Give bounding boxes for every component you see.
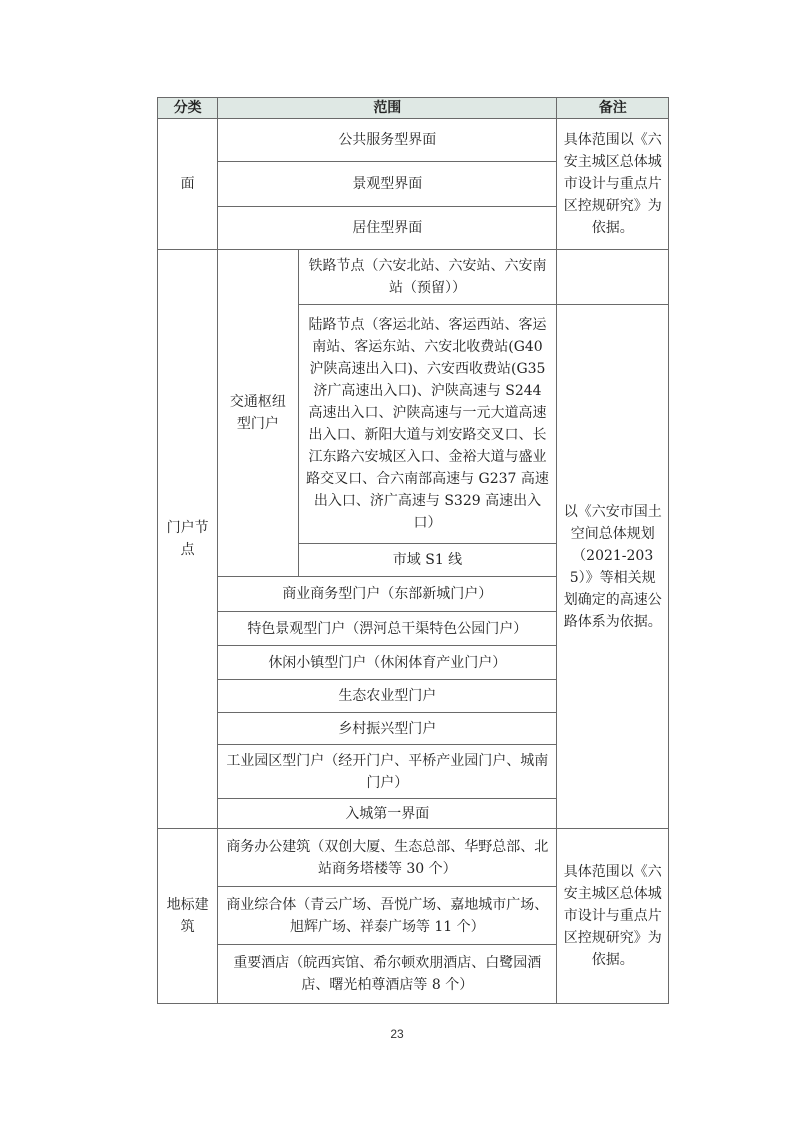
remark-cell: 具体范围以《六安主城区总体城市设计与重点片区控规研究》为依据。 bbox=[557, 119, 669, 250]
table-row: 地标建筑 商务办公建筑（双创大厦、生态总部、华野总部、北站商务塔楼等 30 个）… bbox=[158, 829, 669, 887]
scope-cell: 休闲小镇型门户（休闲体育产业门户） bbox=[218, 646, 557, 680]
scope-cell: 市域 S1 线 bbox=[298, 544, 557, 577]
scope-cell: 商务办公建筑（双创大厦、生态总部、华野总部、北站商务塔楼等 30 个） bbox=[218, 829, 557, 887]
scope-cell: 铁路节点（六安北站、六安站、六安南站（预留）） bbox=[298, 250, 557, 305]
scope-cell: 商业综合体（青云广场、吾悦广场、嘉地城市广场、旭辉广场、祥泰广场等 11 个） bbox=[218, 887, 557, 945]
category-cell: 地标建筑 bbox=[158, 829, 218, 1004]
scope-cell: 入城第一界面 bbox=[218, 799, 557, 829]
table-header-row: 分类 范围 备注 bbox=[158, 98, 669, 119]
scope-cell: 景观型界面 bbox=[218, 162, 557, 207]
scope-cell: 工业园区型门户（经开门户、平桥产业园门户、城南门户） bbox=[218, 745, 557, 799]
page-number: 23 bbox=[0, 1027, 794, 1041]
scope-cell: 陆路节点（客运北站、客运西站、客运南站、客运东站、六安北收费站(G40 沪陕高速… bbox=[298, 305, 557, 544]
scope-cell: 重要酒店（皖西宾馆、希尔顿欢朋酒店、白鹭园酒店、曙光柏尊酒店等 8 个） bbox=[218, 945, 557, 1004]
scope-cell: 公共服务型界面 bbox=[218, 119, 557, 162]
header-category: 分类 bbox=[158, 98, 218, 119]
remark-cell: 具体范围以《六安主城区总体城市设计与重点片区控规研究》为依据。 bbox=[557, 829, 669, 1004]
remark-cell-empty bbox=[557, 250, 669, 305]
category-cell: 面 bbox=[158, 119, 218, 250]
header-remark: 备注 bbox=[557, 98, 669, 119]
table-row: 面 公共服务型界面 具体范围以《六安主城区总体城市设计与重点片区控规研究》为依据… bbox=[158, 119, 669, 162]
planning-table: 分类 范围 备注 面 公共服务型界面 具体范围以《六安主城区总体城市设计与重点片… bbox=[157, 97, 669, 1004]
header-scope: 范围 bbox=[218, 98, 557, 119]
scope-cell: 乡村振兴型门户 bbox=[218, 713, 557, 745]
category-cell: 门户节点 bbox=[158, 250, 218, 829]
remark-cell: 以《六安市国土空间总体规划（2021-2035）》等相关规划确定的高速公路体系为… bbox=[557, 305, 669, 829]
scope-cell: 商业商务型门户（东部新城门户） bbox=[218, 577, 557, 612]
scope-cell: 生态农业型门户 bbox=[218, 680, 557, 713]
scope-cell: 居住型界面 bbox=[218, 207, 557, 250]
scope-cell: 特色景观型门户（淠河总干渠特色公园门户） bbox=[218, 612, 557, 646]
table-row: 门户节点 交通枢纽型门户 铁路节点（六安北站、六安站、六安南站（预留）） bbox=[158, 250, 669, 305]
subgroup-cell: 交通枢纽型门户 bbox=[218, 250, 298, 577]
